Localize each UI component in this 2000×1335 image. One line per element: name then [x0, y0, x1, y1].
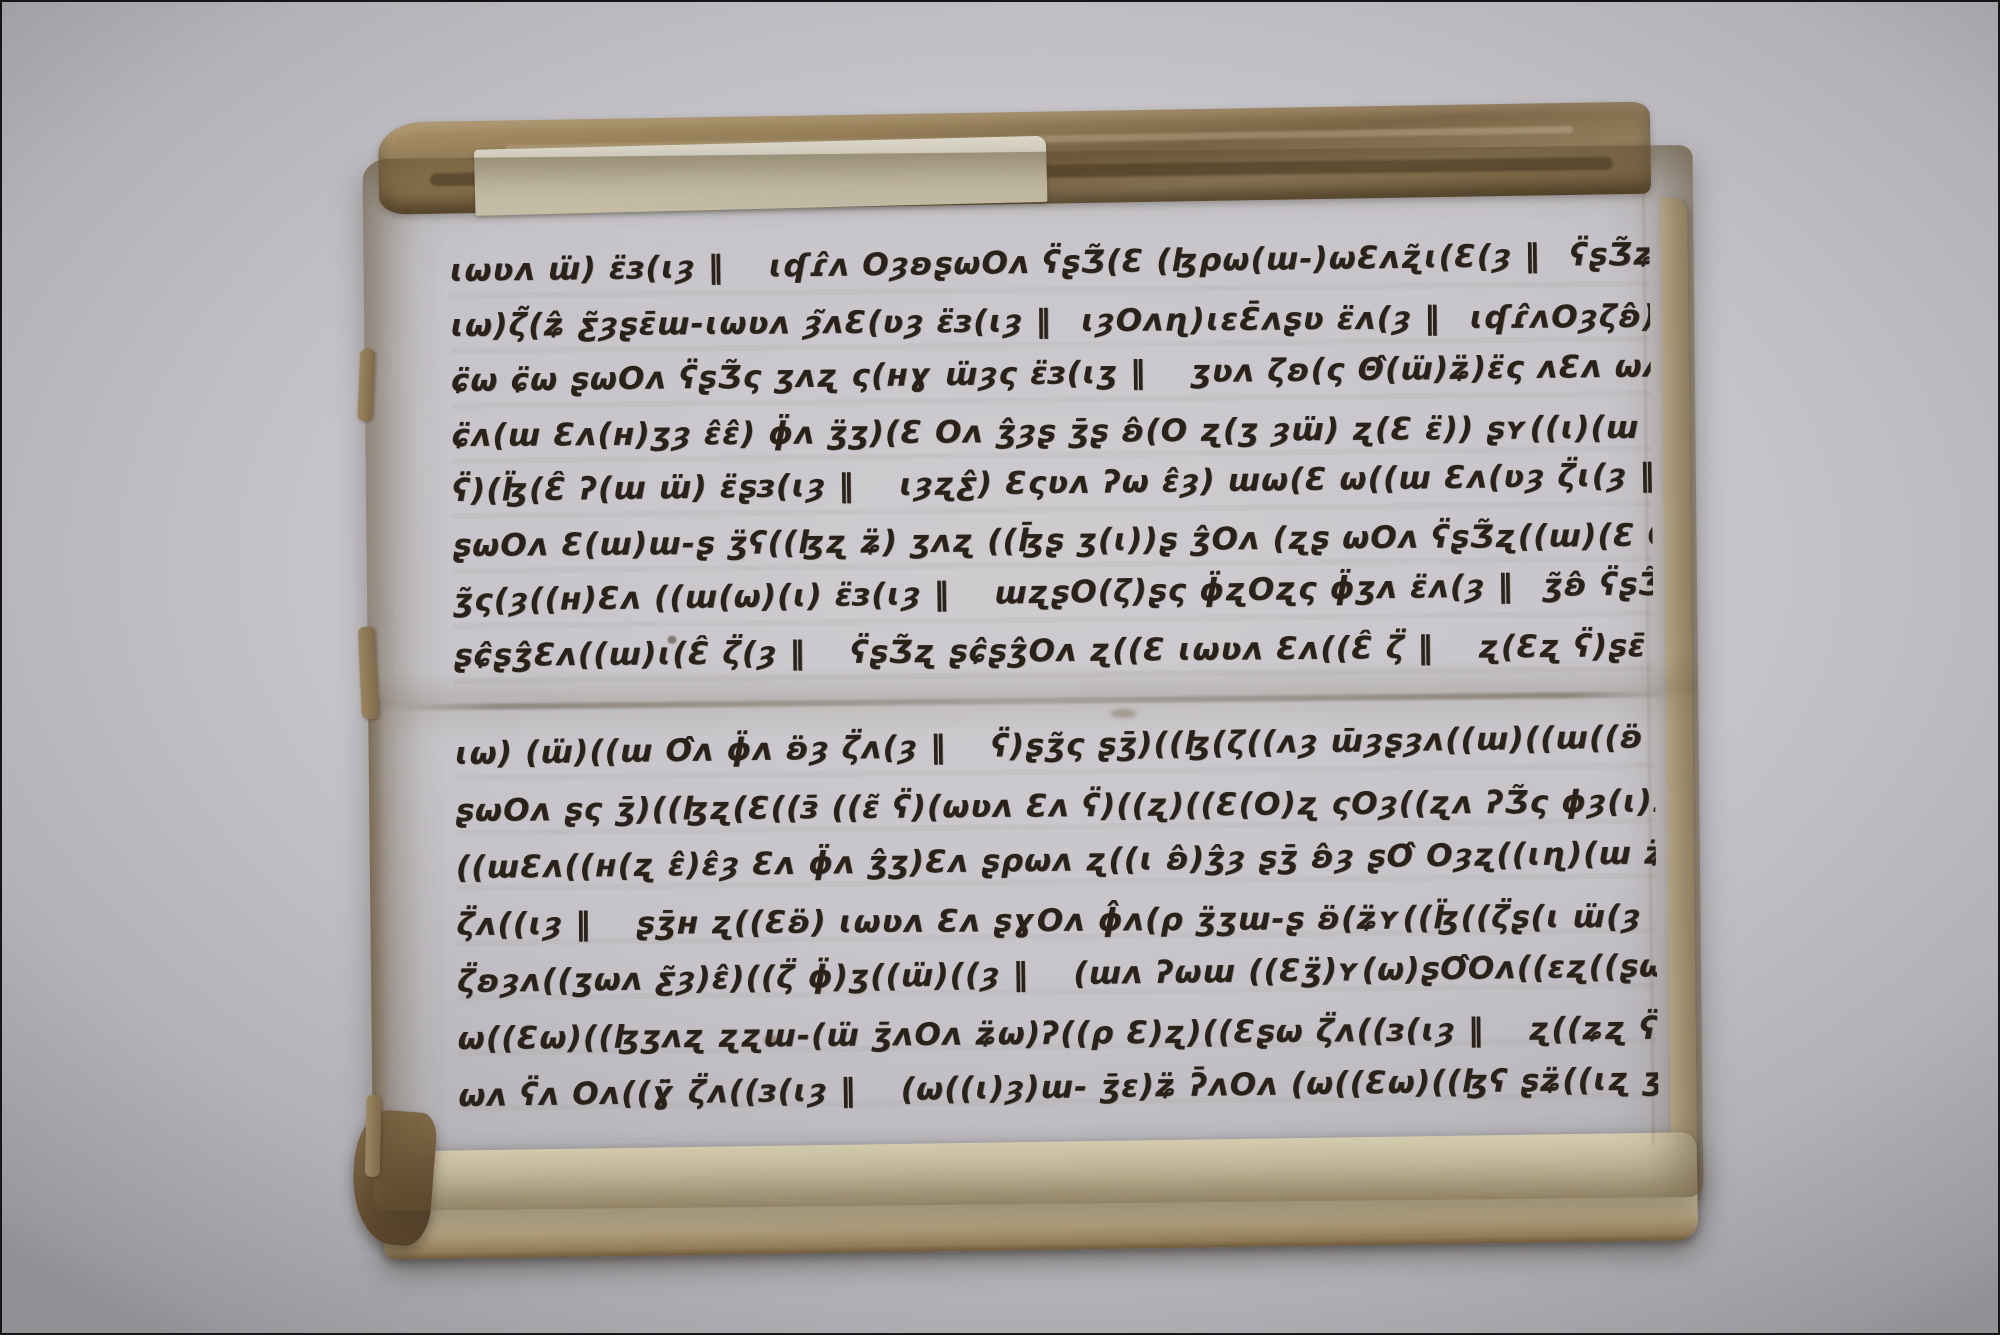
manuscript-line: ʂɕ̂ʂʒ̂Ɛʌ((ɯ)ɩ(Ɛ̂ ζ̈(ȝ ‖ ʕ̈ʂƷ̃ʐ ʂɕ̂ʂʒ̂Οʌ … [453, 619, 1653, 684]
left-edge-tear [365, 1095, 382, 1177]
manuscript-line: ɩω) (ɯ̈)((ɯ Ο̂ʌ ɸ̈ʌ ʚ̈ȝ ζ̈ʌ(ȝ ‖ ʕ̈)ʂʒ̃ς … [454, 713, 1655, 783]
open-page-spread: ɩωʋʌ ɯ̈) ɛ̈ɜ(ɩȝ ‖ ɩʠɾ̂ʌ ΟȝʚʂωΟʌ ʕ̈ʂƷ̃(Ɛ … [362, 145, 1703, 1211]
left-edge-tear [358, 627, 379, 720]
upper-text-block: ɩωʋʌ ɯ̈) ɛ̈ɜ(ɩȝ ‖ ɩʠɾ̂ʌ ΟȝʚʂωΟʌ ʕ̈ʂƷ̃(Ɛ … [449, 231, 1654, 690]
manuscript-line: ɩωʋʌ ɯ̈) ɛ̈ɜ(ɩȝ ‖ ɩʠɾ̂ʌ ΟȝʚʂωΟʌ ʕ̈ʂƷ̃(Ɛ … [449, 231, 1650, 299]
lower-text-block: ɩω) (ɯ̈)((ɯ Ο̂ʌ ɸ̈ʌ ʚ̈ȝ ζ̈ʌ(ȝ ‖ ʕ̈)ʂʒ̃ς … [454, 713, 1658, 1132]
photo-background: ɩωʋʌ ɯ̈) ɛ̈ɜ(ɩȝ ‖ ɩʠɾ̂ʌ ΟȝʚʂωΟʌ ʕ̈ʂƷ̃(Ɛ … [0, 0, 2000, 1335]
manuscript-book: ɩωʋʌ ɯ̈) ɛ̈ɜ(ɩȝ ‖ ɩʠɾ̂ʌ ΟȝʚʂωΟʌ ʕ̈ʂƷ̃(Ɛ … [348, 93, 1712, 1271]
left-edge-tear [357, 349, 375, 422]
